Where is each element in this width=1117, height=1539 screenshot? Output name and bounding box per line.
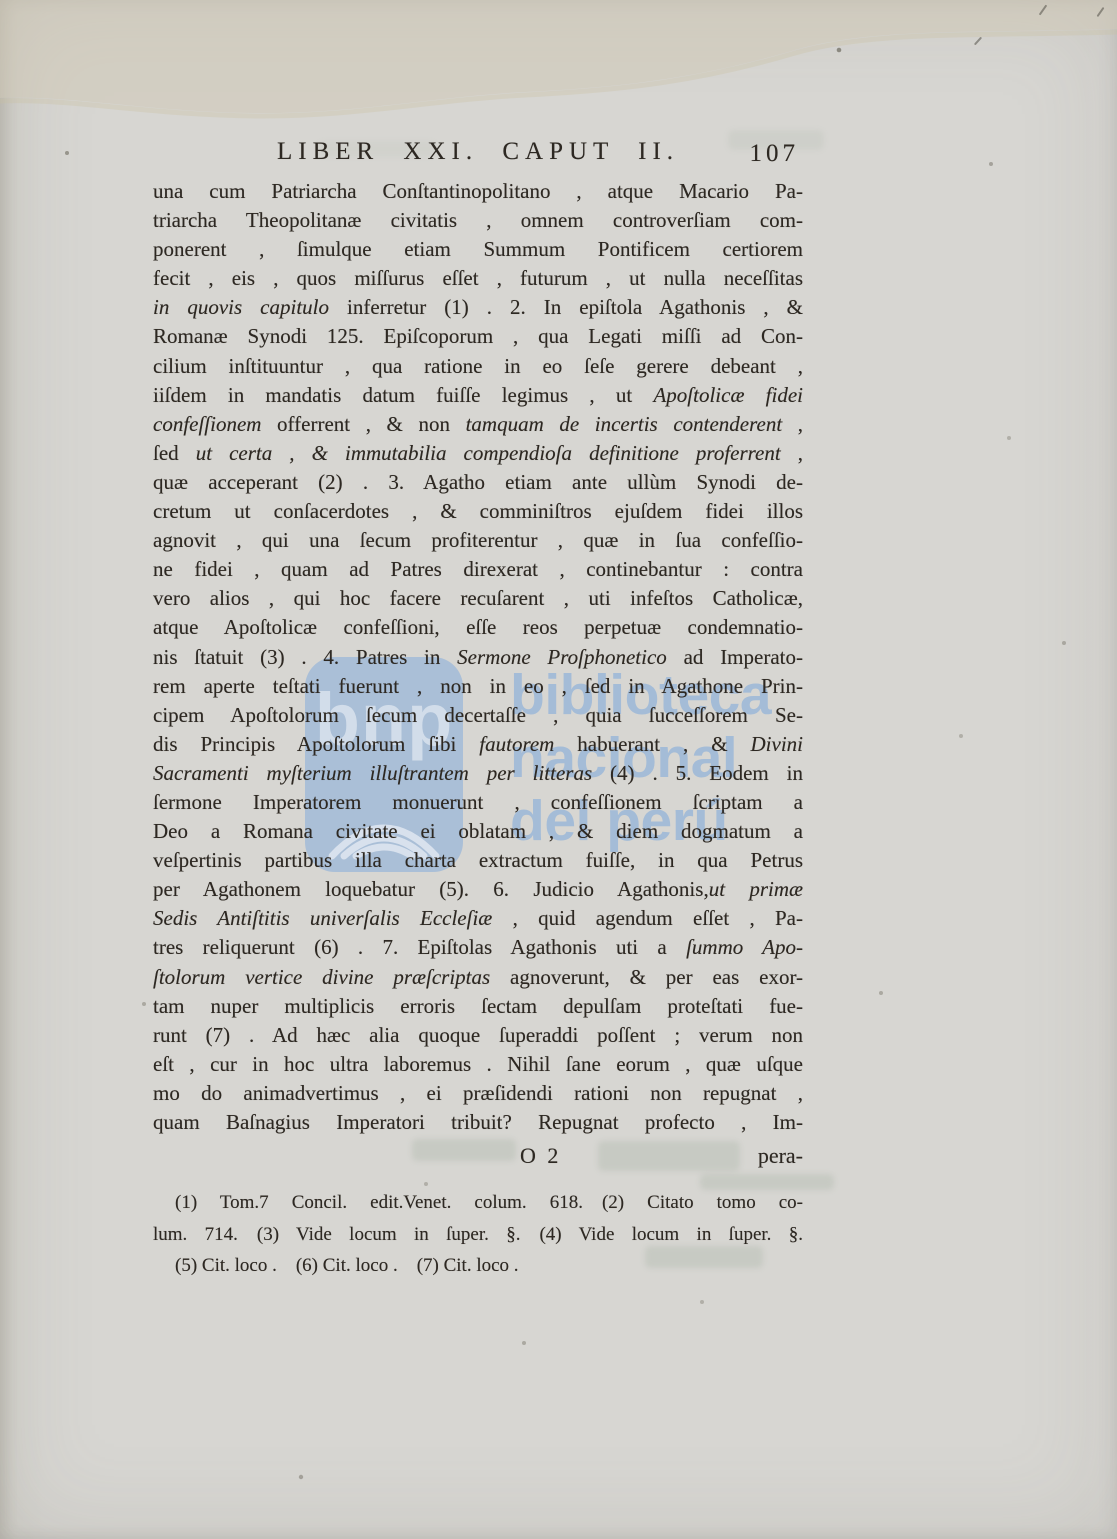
signature-row: O 2 pera- [153,1143,803,1172]
text-line: per Agathonem loquebatur (5). 6. Judicio… [153,875,803,904]
text-line: ponerent , ſimulque etiam Summum Pontifi… [153,235,803,264]
catchword: pera- [758,1143,803,1169]
footnote-line: (1) Tom.7 Concil. edit.Venet. colum. 618… [153,1187,803,1219]
text-line: tres reliquerunt (6) . 7. Epiſtolas Agat… [153,933,803,962]
text-line: iiſdem in mandatis datum fuiſſe legimus … [153,381,803,410]
gathering-signature: O 2 [520,1143,561,1169]
text-line: cipem Apoſtolorum ſecum decertaſſe , qui… [153,701,803,730]
footnote-line: (5) Cit. loco . (6) Cit. loco . (7) Cit.… [153,1250,803,1282]
text-line: ſed ut certa , & immutabilia compendioſa… [153,439,803,468]
text-line: cretum ut conſacerdotes , & comminiſtros… [153,497,803,526]
footnotes: (1) Tom.7 Concil. edit.Venet. colum. 618… [153,1187,803,1282]
text-line: ne fidei , quam ad Patres direxerat , co… [153,555,803,584]
text-line: rem aperte teſtati fuerunt , non in eo ,… [153,672,803,701]
text-line: quam Baſnagius Imperatori tribuit? Repug… [153,1108,803,1137]
text-line: fecit , eis , quos miſſurus eſſet , futu… [153,264,803,293]
text-line: dis Principis Apoſtolorum ſibi fautorem … [153,730,803,759]
text-line: in quovis capitulo inferretur (1) . 2. I… [153,293,803,322]
page-number: 107 [750,140,800,168]
footnote-line: lum. 714. (3) Vide locum in ſuper. §. (4… [153,1219,803,1251]
text-line: cilium inſtituuntur , qua ratione in eo … [153,352,803,381]
text-line: triarcha Theopolitanæ civitatis , omnem … [153,206,803,235]
text-line: quæ acceperant (2) . 3. Agatho etiam ant… [153,468,803,497]
body-text: una cum Patriarcha Conſtantinopolitano ,… [153,177,803,1137]
text-line: nis ſtatuit (3) . 4. Patres in Sermone P… [153,643,803,672]
text-line: una cum Patriarcha Conſtantinopolitano ,… [153,177,803,206]
text-line: runt (7) . Ad hæc alia quoque ſuperaddi … [153,1021,803,1050]
text-line: veſpertinis partibus illa charta extract… [153,846,803,875]
text-line: mo do animadvertimus , ei præſidendi rat… [153,1079,803,1108]
text-line: confeſſionem offerrent , & non tamquam d… [153,410,803,439]
text-line: Romanæ Synodi 125. Epiſcoporum , qua Leg… [153,322,803,351]
chapter-heading: LIBER XXI. CAPUT II. [153,138,803,166]
book-page-scan: bnp biblioteca nacional del perú LIBER X… [0,0,1117,1539]
text-line: eſt , cur in hoc ultra laboremus . Nihil… [153,1050,803,1079]
text-line: atque Apoſtolicæ confeſſioni, eſſe reos … [153,613,803,642]
text-line: Sacramenti myſterium illuſtrantem per li… [153,759,803,788]
page-header: LIBER XXI. CAPUT II. 107 [153,138,803,169]
text-line: vero alios , qui hoc facere recuſarent ,… [153,584,803,613]
text-line: ſtolorum vertice divine præſcriptas agno… [153,963,803,992]
text-line: ſermone Imperatorem monuerunt , confeſſi… [153,788,803,817]
text-line: agnovit , qui una ſecum profiterentur , … [153,526,803,555]
text-line: Sedis Antiſtitis univerſalis Eccleſiæ , … [153,904,803,933]
text-line: Deo a Romana civitate ei oblatam , & die… [153,817,803,846]
text-line: tam nuper multiplicis erroris ſectam dep… [153,992,803,1021]
page-content: LIBER XXI. CAPUT II. 107 una cum Patriar… [153,138,803,1282]
